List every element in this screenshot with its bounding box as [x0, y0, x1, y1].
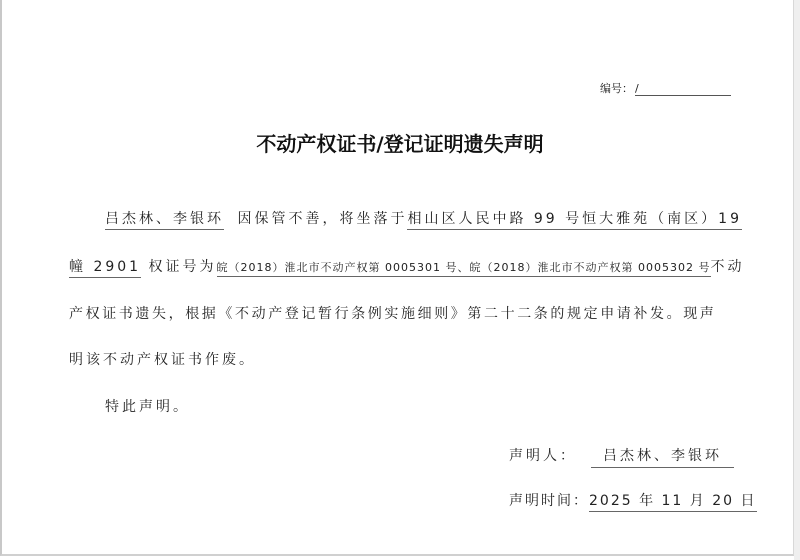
paragraph-line-1: 吕杰林、李银环 因保管不善，将坐落于相山区人民中路 99 号恒大雅苑（南区）19	[105, 208, 742, 228]
date-label: 声明时间：	[509, 493, 589, 509]
document-page: 编号： / 不动产权证书/登记证明遗失声明 吕杰林、李银环 因保管不善，将坐落于…	[0, 0, 794, 556]
property-address-cont: 幢 2901	[69, 259, 141, 278]
document-number: 编号： /	[600, 80, 731, 96]
date-row: 声明时间：2025 年 11 月 20 日	[509, 490, 757, 510]
page-title: 不动产权证书/登记证明遗失声明	[2, 128, 798, 157]
declarant-label: 声明人：	[509, 448, 577, 464]
text-after-applicants: 因保管不善，将坐落于	[237, 211, 407, 227]
property-address: 相山区人民中路 99 号恒大雅苑（南区）19	[407, 211, 742, 230]
paragraph-line-4: 明该不动产权证书作废。	[69, 349, 256, 369]
scrollbar-track[interactable]	[794, 0, 800, 560]
declarant-value: 吕杰林、李银环	[591, 445, 734, 468]
certificate-numbers: 皖（2018）淮北市不动产权第 0005301 号、皖（2018）淮北市不动产权…	[217, 261, 711, 277]
applicant-names: 吕杰林、李银环	[105, 211, 224, 230]
document-number-label: 编号：	[600, 80, 633, 96]
date-value: 2025 年 11 月 20 日	[589, 493, 757, 512]
cert-prefix: 权证号为	[149, 259, 217, 275]
line2-end: 不动	[711, 259, 745, 275]
paragraph-line-3: 产权证书遗失，根据《不动产登记暂行条例实施细则》第二十二条的规定申请补发。现声	[69, 303, 716, 323]
document-number-value: /	[635, 82, 731, 96]
closing-statement: 特此声明。	[105, 396, 190, 416]
declarant-row: 声明人：吕杰林、李银环	[509, 445, 734, 468]
paragraph-line-2: 幢 2901 权证号为皖（2018）淮北市不动产权第 0005301 号、皖（2…	[69, 256, 745, 276]
